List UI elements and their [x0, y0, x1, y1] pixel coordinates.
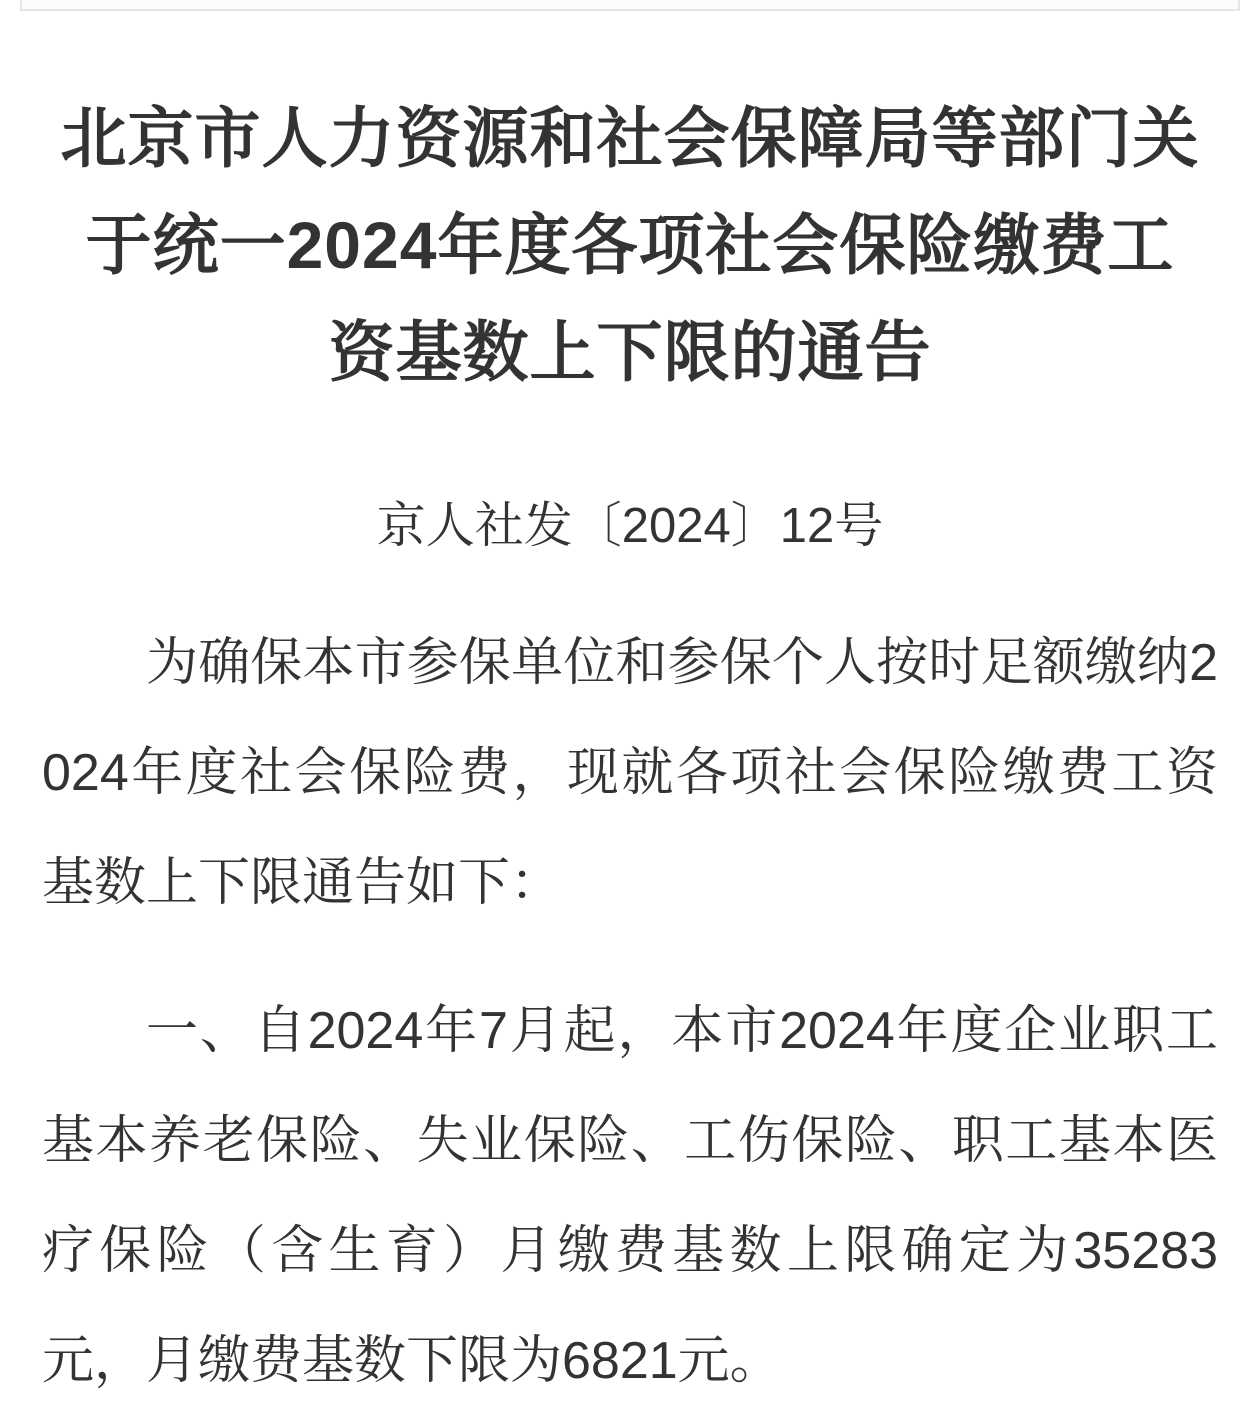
- notice-paragraph-intro: 为确保本市参保单位和参保个人按时足额缴纳2024年度社会保险费，现就各项社会保险…: [42, 608, 1218, 938]
- page: { "colors": { "background": "#ffffff", "…: [0, 0, 1260, 1412]
- cropped-panel-bottom-edge: [20, 0, 1240, 11]
- notice-title: 北京市人力资源和社会保障局等部门关于统一2024年度各项社会保险缴费工资基数上下…: [56, 85, 1204, 406]
- notice-document: 北京市人力资源和社会保障局等部门关于统一2024年度各项社会保险缴费工资基数上下…: [0, 85, 1260, 1412]
- doc-number: 京人社发〔2024〕12号: [42, 496, 1218, 556]
- notice-paragraph-item-1: 一、自2024年7月起，本市2024年度企业职工基本养老保险、失业保险、工伤保险…: [42, 976, 1218, 1412]
